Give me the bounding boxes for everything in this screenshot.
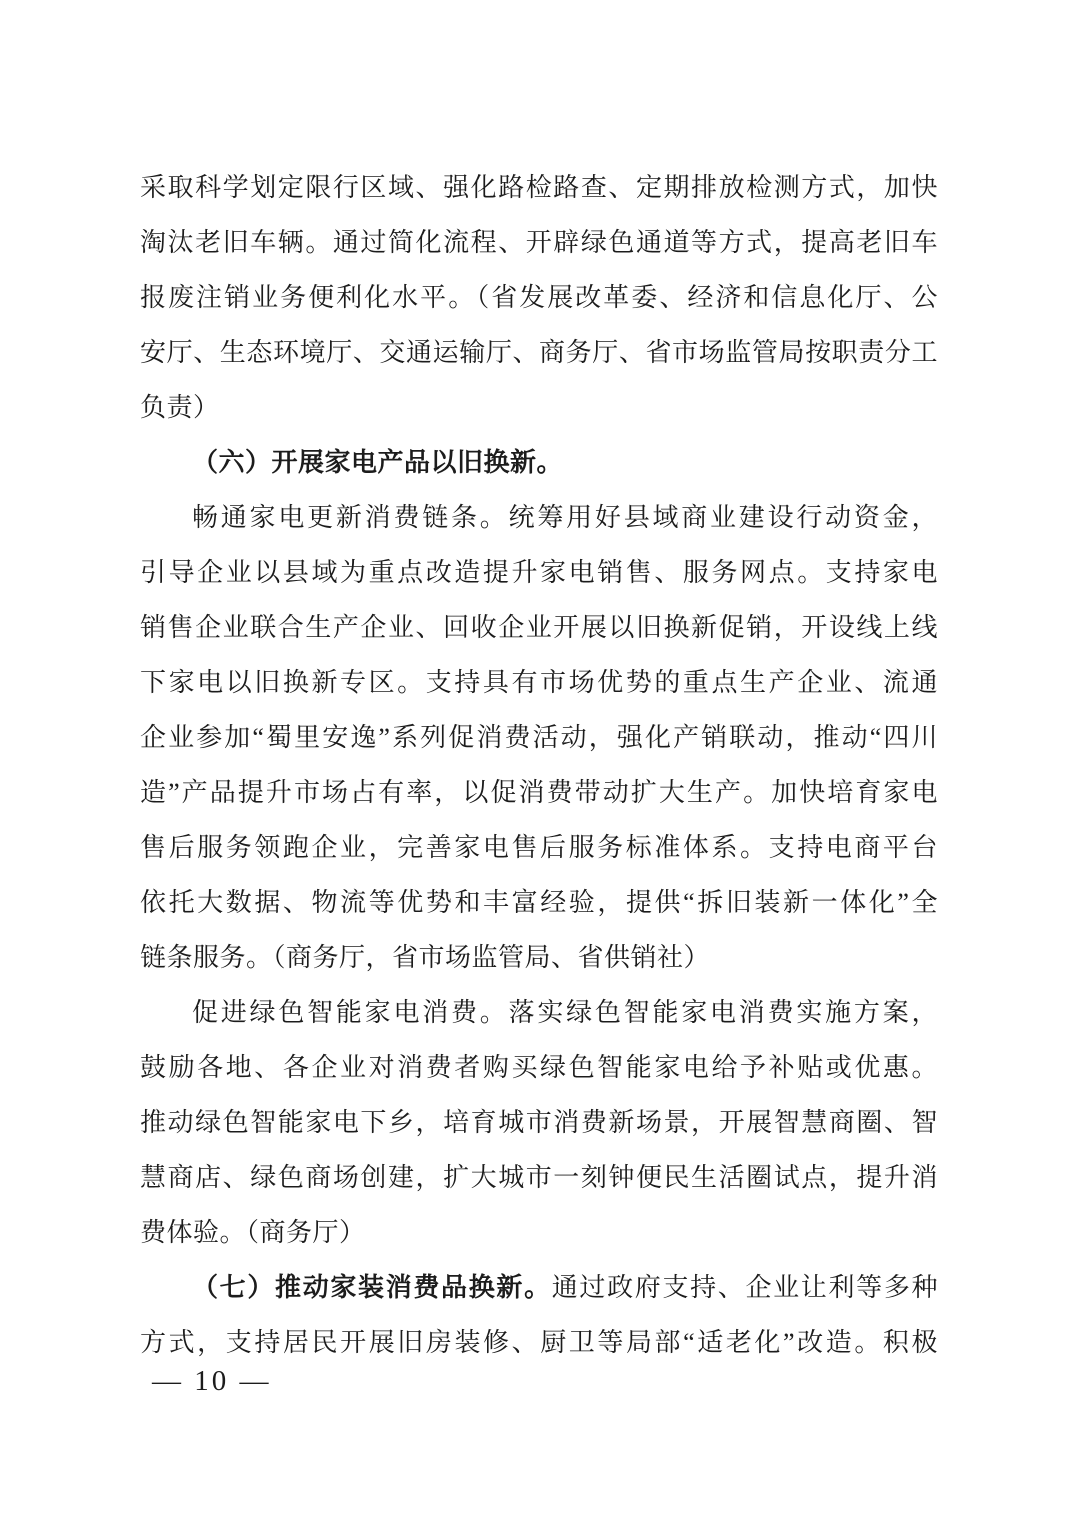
para-appliance-line-6: 造”产品提升市场占有率，以促消费带动扩大生产。加快培育家电	[140, 765, 938, 820]
para-continuation-line-1: 采取科学划定限行区域、强化路检路查、定期排放检测方式，加快	[140, 160, 938, 215]
para-appliance-line-2: 引导企业以县域为重点改造提升家电销售、服务网点。支持家电	[140, 545, 938, 600]
para-green-line-3: 推动绿色智能家电下乡，培育城市消费新场景，开展智慧商圈、智	[140, 1095, 938, 1150]
para-green-line-1: 促进绿色智能家电消费。落实绿色智能家电消费实施方案，	[140, 985, 938, 1040]
para-appliance-line-1: 畅通家电更新消费链条。统筹用好县域商业建设行动资金，	[140, 490, 938, 545]
section-heading-seven: （七）推动家装消费品换新。	[192, 1273, 552, 1302]
para-appliance-line-3: 销售企业联合生产企业、回收企业开展以旧换新促销，开设线上线	[140, 600, 938, 655]
para-green-line-2: 鼓励各地、各企业对消费者购买绿色智能家电给予补贴或优惠。	[140, 1040, 938, 1095]
section-seven-lead-text: 通过政府支持、企业让利等多种	[552, 1273, 938, 1302]
section-seven-line-1: （七）推动家装消费品换新。通过政府支持、企业让利等多种	[140, 1260, 938, 1315]
page-number: — 10 —	[152, 1365, 272, 1397]
para-green-line-4: 慧商店、绿色商场创建，扩大城市一刻钟便民生活圈试点，提升消	[140, 1150, 938, 1205]
section-seven-line-2: 方式，支持居民开展旧房装修、厨卫等局部“适老化”改造。积极	[140, 1315, 938, 1370]
para-appliance-line-7: 售后服务领跑企业，完善家电售后服务标准体系。支持电商平台	[140, 820, 938, 875]
document-body: 采取科学划定限行区域、强化路检路查、定期排放检测方式，加快 淘汰老旧车辆。通过简…	[140, 160, 938, 1370]
section-heading-six: （六）开展家电产品以旧换新。	[140, 435, 938, 490]
para-appliance-line-4: 下家电以旧换新专区。支持具有市场优势的重点生产企业、流通	[140, 655, 938, 710]
para-continuation-line-5: 负责）	[140, 380, 938, 435]
para-continuation-line-3: 报废注销业务便利化水平。（省发展改革委、经济和信息化厅、公	[140, 270, 938, 325]
para-continuation-line-2: 淘汰老旧车辆。通过简化流程、开辟绿色通道等方式，提高老旧车	[140, 215, 938, 270]
para-appliance-line-9: 链条服务。（商务厅，省市场监管局、省供销社）	[140, 930, 938, 985]
para-continuation-line-4: 安厅、生态环境厅、交通运输厅、商务厅、省市场监管局按职责分工	[140, 325, 938, 380]
para-appliance-line-8: 依托大数据、物流等优势和丰富经验，提供“拆旧装新一体化”全	[140, 875, 938, 930]
para-appliance-line-5: 企业参加“蜀里安逸”系列促消费活动，强化产销联动，推动“四川	[140, 710, 938, 765]
para-green-line-5: 费体验。（商务厅）	[140, 1205, 938, 1260]
document-page: 采取科学划定限行区域、强化路检路查、定期排放检测方式，加快 淘汰老旧车辆。通过简…	[0, 0, 1080, 1528]
